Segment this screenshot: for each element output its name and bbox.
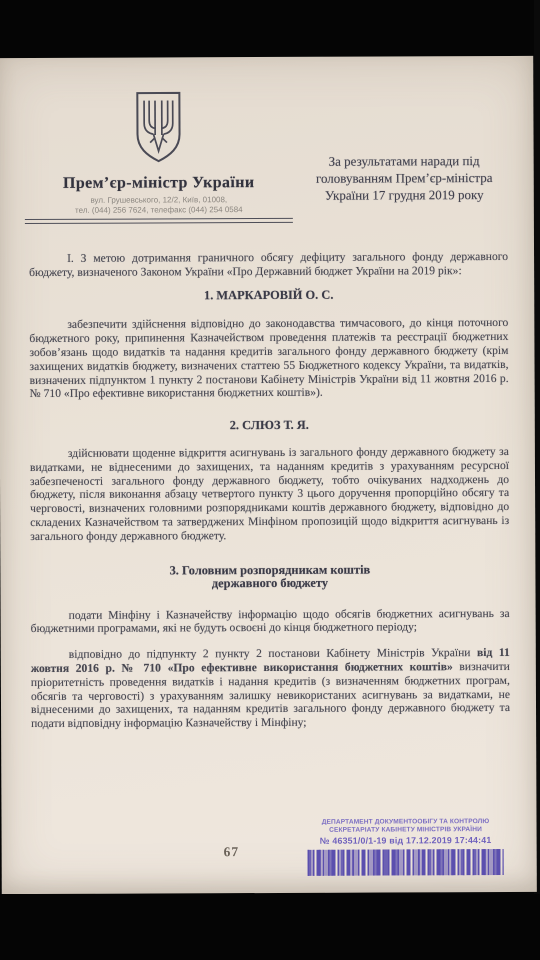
photo-black-bar-top xyxy=(0,0,540,57)
org-address-line-2: тел. (044) 256 7624, телефакс (044) 254 … xyxy=(25,204,293,215)
document-photo: { "letterhead": { "emblem_icon": "ukrain… xyxy=(0,0,540,960)
section-3-heading: 3. Головним розпорядникам коштів державн… xyxy=(30,562,509,591)
reference-note-line-3: України 17 грудня 2019 року xyxy=(293,186,516,204)
section-2-heading: 2. СЛЮЗ Т. Я. xyxy=(30,418,509,434)
letterhead-left-block: Прем’єр-міністр України вул. Грушевськог… xyxy=(24,90,293,224)
section-3-paragraph-2-pre: відповідно до підпункту 2 пункту 2 поста… xyxy=(69,646,477,661)
reference-note-line-2: головуванням Прем’єр-міністра xyxy=(293,169,516,187)
section-1-heading: 1. МАРКАРОВІЙ О. С. xyxy=(29,288,508,304)
section-2-paragraph: здійснювати щоденне відкриття асигнувань… xyxy=(30,445,509,544)
org-name: Прем’єр-міністр України xyxy=(25,174,293,193)
letterhead-double-rule xyxy=(25,218,293,224)
section-1-paragraph: забезпечити здійснення відповідно до зак… xyxy=(29,316,508,401)
section-3-paragraph-2: відповідно до підпункту 2 пункту 2 поста… xyxy=(31,646,510,731)
org-address: вул. Грушевського, 12/2, Київ, 01008, те… xyxy=(25,195,293,215)
letterhead: Прем’єр-міністр України вул. Грушевськог… xyxy=(0,56,534,224)
document-page: Прем’єр-міністр України вул. Грушевськог… xyxy=(0,56,537,894)
reference-note-line-1: За результатами наради під xyxy=(293,152,516,170)
ukraine-trident-coat-of-arms-icon xyxy=(131,90,185,169)
section-3-paragraph-1: подати Мінфіну і Казначейству інформацію… xyxy=(31,606,510,636)
section-3-heading-line-2: державного бюджету xyxy=(30,576,509,592)
photo-black-bar-bottom xyxy=(0,894,540,960)
page-number: 67 xyxy=(224,844,240,860)
registration-stamp: ДЕПАРТАМЕНТ ДОКУМЕНТООБІГУ ТА КОНТРОЛЮ С… xyxy=(297,818,515,876)
stamp-barcode xyxy=(308,849,504,876)
intro-paragraph: І. З метою дотримання граничного обсягу … xyxy=(29,250,508,280)
stamp-registration-number: № 46351/0/1-19 від 17.12.2019 17:44:41 xyxy=(297,835,515,846)
reference-note: За результатами наради під головуванням … xyxy=(292,89,516,223)
document-body: І. З метою дотримання граничного обсягу … xyxy=(29,250,510,731)
stamp-department-line-2: СЕКРЕТАРІАТУ КАБІНЕТУ МІНІСТРІВ УКРАЇНИ xyxy=(297,826,515,835)
